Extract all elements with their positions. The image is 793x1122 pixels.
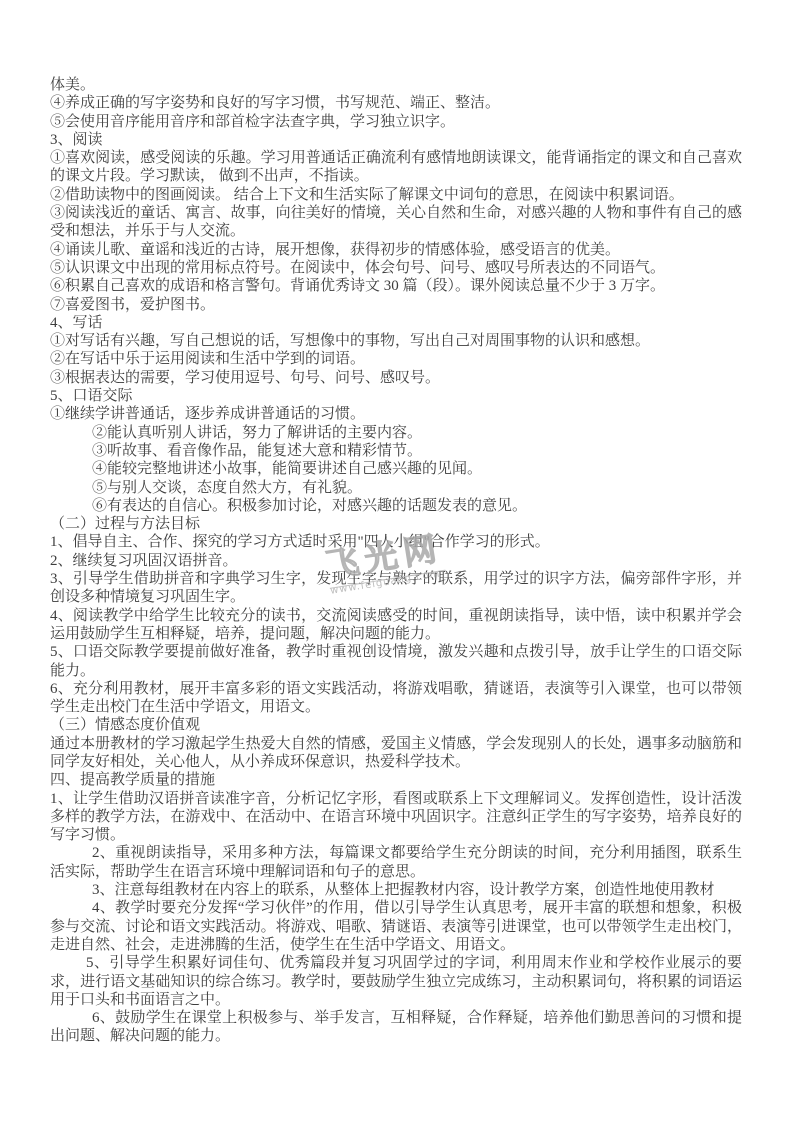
doc-paragraph: 6、鼓励学生在课堂上积极参与、举手发言，互相释疑，合作释疑，培养他们勤思善问的习… xyxy=(50,1009,742,1046)
doc-paragraph: 2、重视朗读指导，采用多种方法，每篇课文都要给学生充分朗读的时间，充分利用插图，… xyxy=(50,844,742,881)
doc-paragraph: 1、倡导自主、合作、探究的学习方式适时采用"四人小组"合作学习的形式。 xyxy=(50,533,742,551)
doc-paragraph: ③听故事、看音像作品，能复述大意和精彩情节。 xyxy=(50,442,742,460)
doc-paragraph: 3、注意每组教材在内容上的联系，从整体上把握教材内容，设计教学方案，创造性地使用… xyxy=(50,881,742,899)
doc-paragraph: ①喜欢阅读，感受阅读的乐趣。学习用普通话正确流利有感情地朗读课文，能背诵指定的课… xyxy=(50,149,742,186)
doc-paragraph: ⑦喜爱图书，爱护图书。 xyxy=(50,296,742,314)
doc-paragraph: 2、继续复习巩固汉语拼音。 xyxy=(50,552,742,570)
doc-paragraph: ④养成正确的写字姿势和良好的写字习惯，书写规范、端正、整洁。 xyxy=(50,94,742,112)
doc-paragraph: ③阅读浅近的童话、寓言、故事，向往美好的情境，关心自然和生命，对感兴趣的人物和事… xyxy=(50,204,742,241)
section-heading-reading: 3、阅读 xyxy=(50,131,742,149)
doc-paragraph: 4、阅读教学中给学生比较充分的读书，交流阅读感受的时间，重视朗读指导，读中悟，读… xyxy=(50,607,742,644)
section-heading-quality-measures: 四、提高教学质量的措施 xyxy=(50,771,742,789)
doc-paragraph: 5、口语交际教学要提前做好准备，教学时重视创设情境，激发兴趣和点拨引导，放手让学… xyxy=(50,643,742,680)
doc-paragraph: ③根据表达的需要，学习使用逗号、句号、问号、感叹号。 xyxy=(50,369,742,387)
doc-paragraph: 4、教学时要充分发挥“学习伙伴”的作用，借以引导学生认真思考，展开丰富的联想和想… xyxy=(50,899,742,954)
doc-paragraph: ②在写话中乐于运用阅读和生活中学到的词语。 xyxy=(50,350,742,368)
document-body: 体美。 ④养成正确的写字姿势和良好的写字习惯，书写规范、端正、整洁。 ⑤会使用音… xyxy=(50,76,742,1046)
doc-paragraph: 5、引导学生积累好词佳句、优秀篇段并复习巩固学过的字词，利用周末作业和学校作业展… xyxy=(50,954,742,1009)
doc-paragraph: 体美。 xyxy=(50,76,742,94)
section-heading-emotion-values: （三）情感态度价值观 xyxy=(50,716,742,734)
doc-paragraph: ⑥有表达的自信心。积极参加讨论，对感兴趣的话题发表的意见。 xyxy=(50,497,742,515)
doc-paragraph: 3、引导学生借助拼音和字典学习生字，发现生字与熟字的联系，用学过的识字方法，偏旁… xyxy=(50,570,742,607)
doc-paragraph: ②能认真听别人讲话，努力了解讲话的主要内容。 xyxy=(50,424,742,442)
doc-paragraph: ⑤认识课文中出现的常用标点符号。在阅读中，体会句号、问号、感叹号所表达的不同语气… xyxy=(50,259,742,277)
doc-paragraph: ②借助读物中的图画阅读。 结合上下文和生活实际了解课文中词句的意思，在阅读中积累… xyxy=(50,186,742,204)
doc-paragraph: ①继续学讲普通话，逐步养成讲普通话的习惯。 xyxy=(50,405,742,423)
doc-paragraph: ①对写话有兴趣，写自己想说的话，写想像中的事物，写出自己对周围事物的认识和感想。 xyxy=(50,332,742,350)
doc-paragraph: 1、让学生借助汉语拼音读准字音，分析记忆字形，看图或联系上下文理解词义。发挥创造… xyxy=(50,790,742,845)
doc-paragraph: ④能较完整地讲述小故事，能简要讲述自己感兴趣的见闻。 xyxy=(50,460,742,478)
doc-paragraph: 6、充分利用教材，展开丰富多彩的语文实践活动，将游戏唱歌，猜谜语，表演等引入课堂… xyxy=(50,680,742,717)
doc-paragraph: ④诵读儿歌、童谣和浅近的古诗，展开想像，获得初步的情感体验，感受语言的优美。 xyxy=(50,241,742,259)
section-heading-process-methods: （二）过程与方法目标 xyxy=(50,515,742,533)
doc-paragraph: ⑤会使用音序能用音序和部首检字法查字典，学习独立识字。 xyxy=(50,113,742,131)
section-heading-writing: 4、写话 xyxy=(50,314,742,332)
doc-paragraph: ⑤与别人交谈，态度自然大方，有礼貌。 xyxy=(50,479,742,497)
section-heading-oral-communication: 5、口语交际 xyxy=(50,387,742,405)
document-page: 体美。 ④养成正确的写字姿势和良好的写字习惯，书写规范、端正、整洁。 ⑤会使用音… xyxy=(0,0,793,1122)
doc-paragraph: 通过本册教材的学习激起学生热爱大自然的情感，爱国主义情感，学会发现别人的长处，遇… xyxy=(50,735,742,772)
doc-paragraph: ⑥积累自己喜欢的成语和格言警句。背诵优秀诗文 30 篇（段）。课外阅读总量不少于… xyxy=(50,277,742,295)
